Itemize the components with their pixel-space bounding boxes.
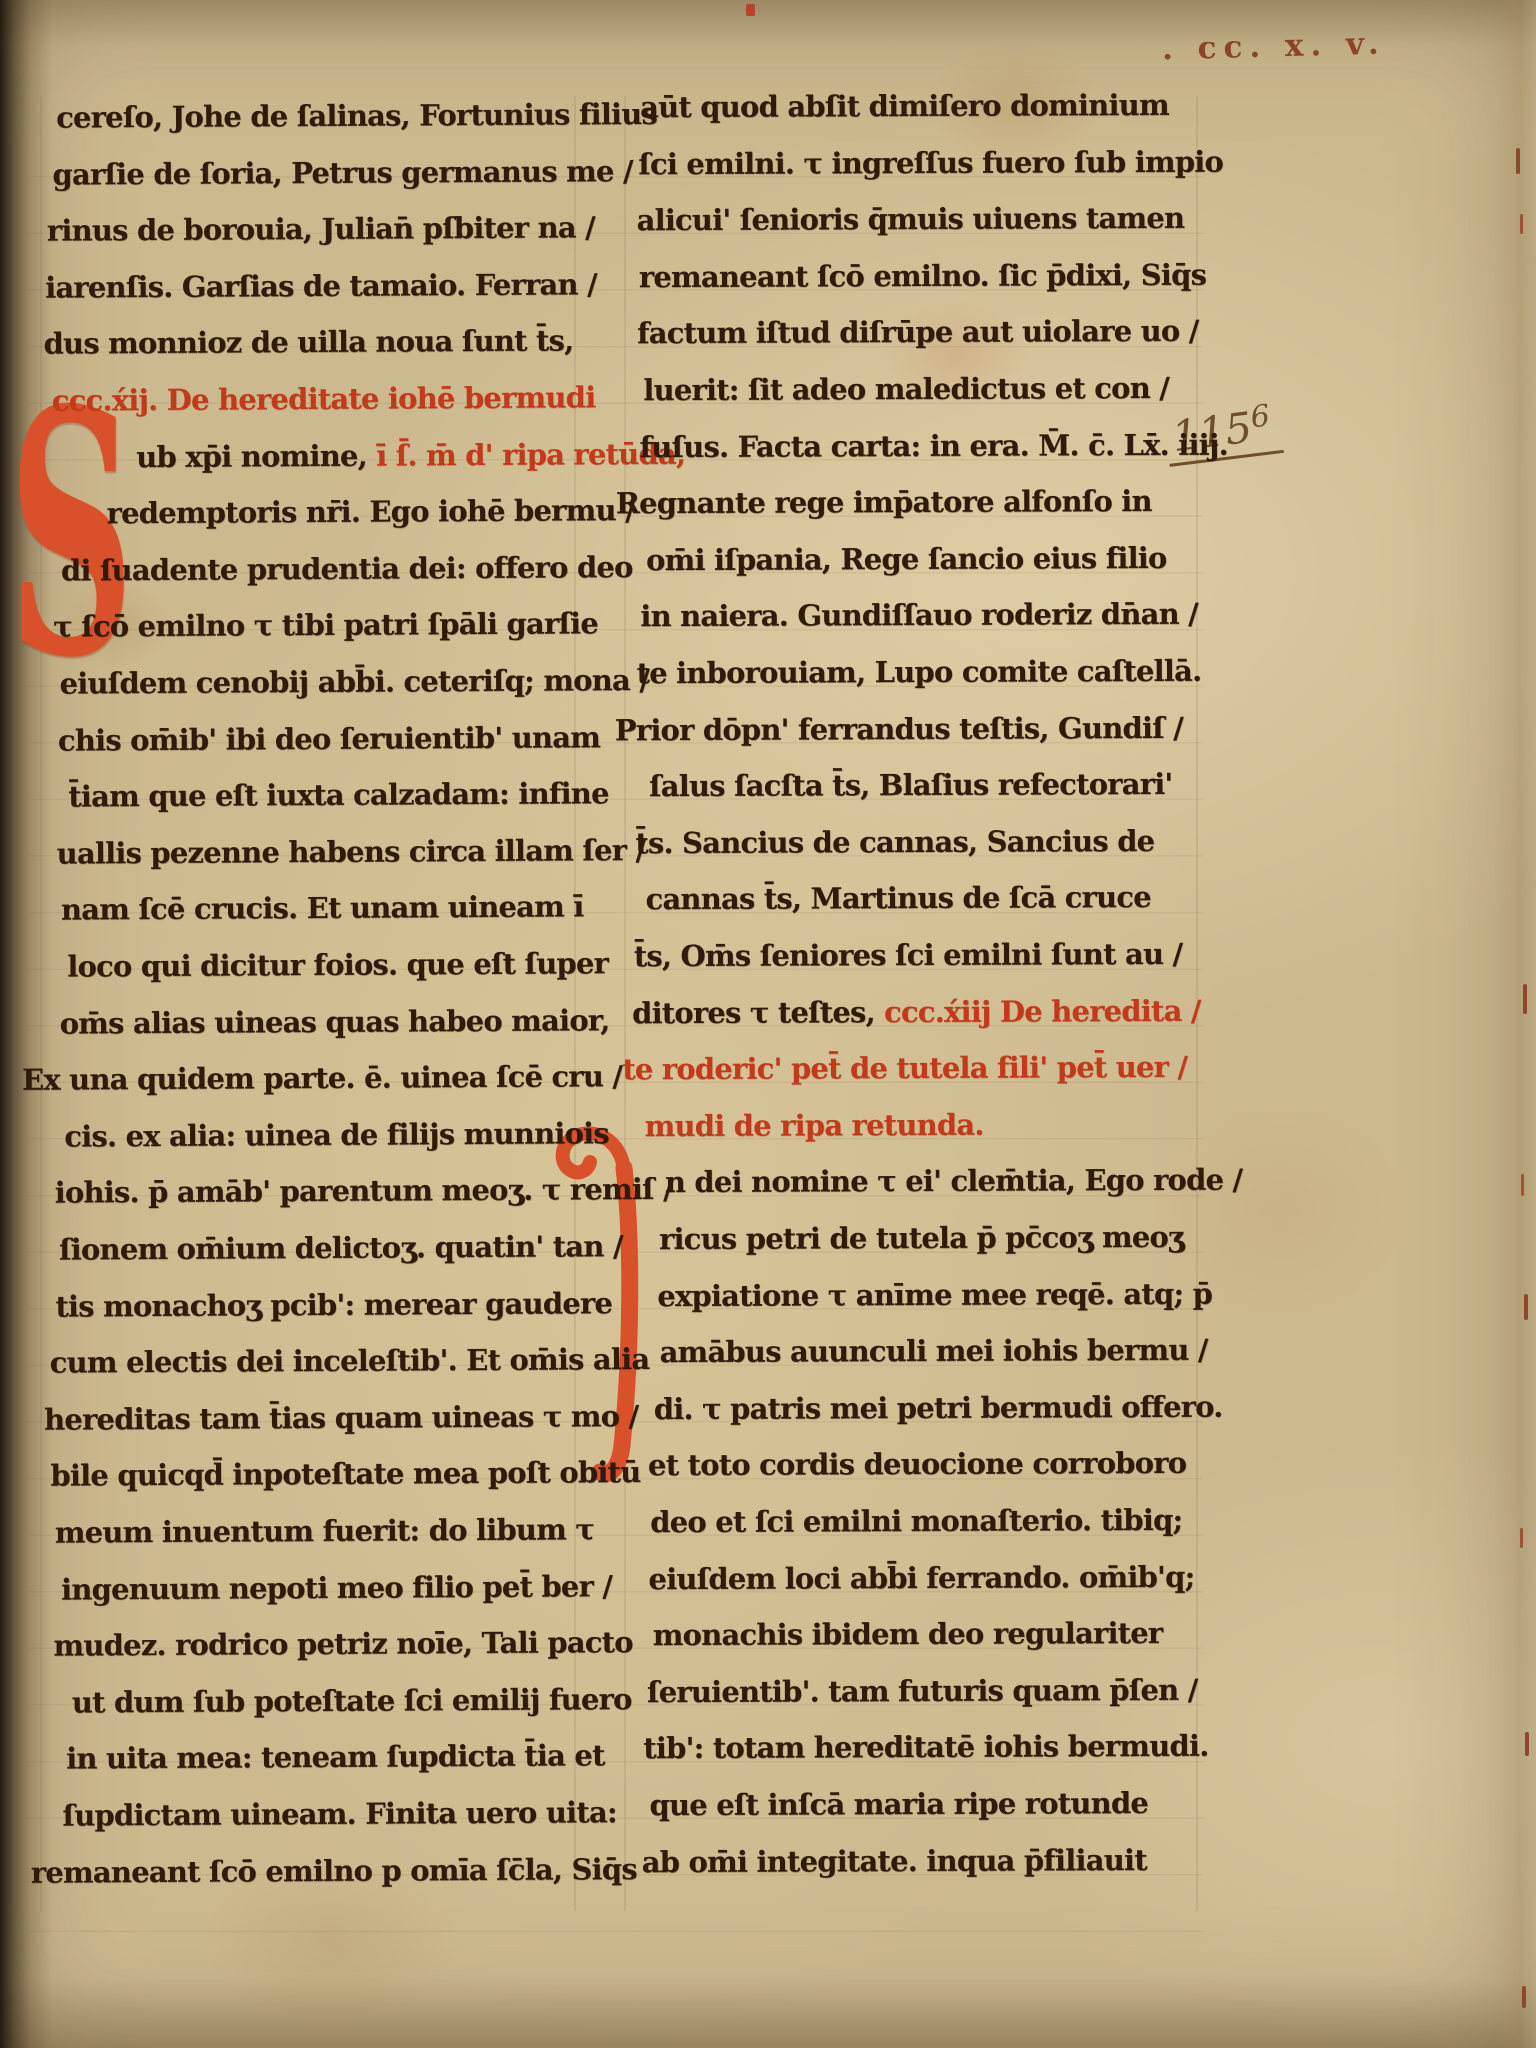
page-edge-speck [1520,1528,1523,1548]
text-segment: tib': totam hereditatē iohis bermudi. [643,1729,1208,1765]
text-line: redemptoris nr̄i. Ego iohē bermu / [106,490,635,533]
text-segment: remaneant ſcō emilno. ſic p̄dixi, Siq̄s [639,258,1206,294]
text-line: garſie de ſoria, Petrus germanus me / [52,151,632,195]
text-line: τ ſcō emilno τ tibi patri ſpāli garſie [53,604,598,647]
text-segment: ſci emilni. τ ingreſſus fuero ſub impio [638,144,1223,181]
text-line: Ex una quidem parte. ē. uinea ſcē cru / [22,1056,622,1100]
text-segment: om̄i iſpania, Rege ſancio eius filio [646,541,1167,577]
text-column-right: aūt quod abſit dimiſero dominiumſci emil… [628,85,1193,87]
text-segment: loco qui dicitur foios. que eſt ſuper [67,946,608,983]
text-segment: t̄s, Om̄s ſeniores ſci emilni ſunt au / [634,937,1183,973]
text-segment: eiuſdem cenobij abb̄i. ceteriſq; mona / [59,663,649,701]
text-segment: in uita mea: teneam ſupdicta t̄ia et [66,1739,605,1776]
text-segment: redemptoris nr̄i. Ego iohē bermu / [106,493,635,530]
text-line: luerit: ſit adeo maledictus et con / [643,368,1169,410]
text-column-left: cereſo, Johe de ſalinas, Fortunius filiu… [42,94,587,97]
text-line: tib': totam hereditatē iohis bermudi. [643,1726,1208,1768]
text-segment: hereditas tam t̄ias quam uineas τ mo / [44,1399,638,1437]
text-segment: luerit: ſit adeo maledictus et con / [643,371,1169,407]
text-segment: cereſo, Johe de ſalinas, Fortunius filiu… [56,97,657,135]
text-line: cum electis dei inceleſtib'. Et om̄is al… [50,1339,650,1383]
text-segment: ub xp̄i nomine, [136,438,376,473]
text-segment: iarenſis. Garſias de tamaio. Ferran / [45,267,597,304]
text-line: iarenſis. Garſias de tamaio. Ferran / [45,264,597,307]
text-segment: mudi de ripa retunda. [644,1107,983,1142]
text-segment: di ſuadente prudentia dei: offero deo [61,550,633,587]
text-segment: ut dum ſub poteſtate ſci emilij fuero [72,1682,632,1719]
text-segment: Ex una quidem parte. ē. uinea ſcē cru / [22,1059,622,1097]
manuscript-photo: { "page": { "description": "Medieval Lat… [0,0,1536,2048]
text-line: ſeruientib'. tam futuris quam p̄ſen / [647,1670,1198,1712]
text-line: bile quicqd̄ inpoteſtate mea poſt obitū [50,1452,640,1496]
text-segment: te inborouiam, Lupo comite caſtellā. [636,654,1201,690]
page-edge-speck [1521,1174,1524,1196]
text-segment: in naiera. Gundiſſauo roderiz dn̄an / [640,597,1198,633]
text-segment: ab om̄i integitate. inqua p̄filiauit [642,1843,1147,1879]
text-line: om̄s alias uineas quas habeo maior, [60,1000,610,1043]
text-segment: di. τ patris mei petri bermudi offero. [654,1389,1223,1425]
text-segment: ingenuum nepoti meo filio pet̄ ber / [61,1569,612,1606]
text-line: iohis. p̄ amāb' parentum meoʒ. τ remiſ / [55,1169,673,1213]
text-line: eiuſdem loci abb̄i ferrando. om̄ib'q; [648,1556,1194,1598]
text-segment: Prior dōpn' ferrandus teſtis, Gundiſ / [615,710,1183,746]
text-line: chis om̄ib' ibi deo ſeruientib' unam [58,717,600,760]
text-line: di ſuadente prudentia dei: offero deo [61,547,633,590]
text-segment: factum iſtud diſrūpe aut uiolare uo / [637,314,1199,350]
text-segment: cis. ex alia: uinea de filijs munniois [64,1116,609,1153]
text-segment: iohis. p̄ amāb' parentum meoʒ. τ remiſ / [55,1172,673,1210]
text-line: mudi de ripa retunda. [644,1104,983,1145]
page-edge-speck [1516,148,1520,174]
text-segment: aūt quod abſit dimiſero dominium [640,88,1169,124]
text-line: tis monachoʒ pcib': merear gaudere [55,1283,612,1326]
text-segment: ditores τ teſtes, [632,995,884,1030]
text-segment: cannas t̄s, Martinus de ſcā cruce [645,880,1150,916]
text-line: dus monnioz de uilla noua ſunt t̄s, [43,321,573,364]
text-line: di. τ patris mei petri bermudi offero. [654,1386,1223,1428]
text-line: loco qui dicitur foios. que eſt ſuper [67,943,608,986]
text-line: cis. ex alia: uinea de filijs munniois [64,1113,609,1156]
page-edge-speck [1522,1986,1526,2008]
text-segment: amābus auunculi mei iohis bermu / [659,1333,1207,1369]
text-segment: ſeruientib'. tam futuris quam p̄ſen / [647,1673,1198,1709]
text-line: n dei nomine τ ei' clem̄tia, Ego rode / [665,1160,1243,1203]
text-line: remaneant ſcō emilno p omīa ſc̄la, Siq̄s [31,1849,637,1893]
text-segment: ſionem om̄ium delictoʒ. quatin' tan / [59,1229,623,1266]
text-segment: n dei nomine τ ei' clem̄tia, Ego rode / [665,1163,1243,1200]
text-segment: deo et ſci emilni monaſterio. tibiq; [650,1503,1182,1539]
text-segment: uallis pezenne habens circa illam ſer / [57,833,646,871]
text-line: fuſus. Facta carta: in era. M̄. c̄. Lx̄.… [639,424,1227,467]
text-line: om̄i iſpania, Rege ſancio eius filio [646,538,1167,580]
text-line: te roderic' pet̄ de tutela fili' pet̄ ue… [622,1047,1187,1089]
text-line: eiuſdem cenobij abb̄i. ceteriſq; mona / [59,660,649,704]
text-segment: cum electis dei inceleſtib'. Et om̄is al… [50,1342,650,1380]
text-segment: τ ſcō emilno τ tibi patri ſpāli garſie [53,607,598,644]
page-edge-speck [746,4,755,16]
text-segment: ccc.x́ij. De hereditate iohē bermudi [52,380,596,417]
text-line: ub xp̄i nomine, ī ſ̄. m̄ d' ripa retūda, [136,433,685,476]
text-segment: meum inuentum fuerit: do libum τ [55,1512,594,1549]
text-segment: tis monachoʒ pcib': merear gaudere [55,1286,612,1323]
text-segment: eiuſdem loci abb̄i ferrando. om̄ib'q; [648,1559,1194,1595]
text-segment: ſalus ſacſta t̄s, Blaſius refectorari' [649,767,1173,803]
text-segment: alicui' ſenioris q̄muis uiuens tamen [637,201,1185,237]
text-line: ingenuum nepoti meo filio pet̄ ber / [61,1566,612,1609]
text-line: ſupdictam uineam. Finita uero uita: [62,1792,617,1835]
text-line: meum inuentum fuerit: do libum τ [55,1509,595,1552]
text-line: ſalus ſacſta t̄s, Blaſius refectorari' [649,764,1173,806]
text-line: aūt quod abſit dimiſero dominium [640,85,1169,127]
text-line: factum iſtud diſrūpe aut uiolare uo / [637,311,1199,353]
text-segment: ricus petri de tutela p̄ pc̄coʒ meoʒ [659,1220,1184,1256]
text-line: in naiera. Gundiſſauo roderiz dn̄an / [640,594,1198,636]
text-line: t̄iam que eſt iuxta calzadam: infine [68,773,609,816]
page-edge-speck [1520,214,1523,234]
text-line: remaneant ſcō emilno. ſic p̄dixi, Siq̄s [639,255,1206,297]
text-segment: mudez. rodrico petriz noīe, Tali pacto [53,1625,633,1663]
text-line: ab om̄i integitate. inqua p̄filiauit [642,1840,1147,1882]
text-segment: chis om̄ib' ibi deo ſeruientib' unam [58,720,600,757]
text-line: t̄s, Om̄s ſeniores ſci emilni ſunt au / [634,934,1183,976]
text-line: ſci emilni. τ ingreſſus fuero ſub impio [638,141,1223,184]
text-line: ccc.x́ij. De hereditate iohē bermudi [52,377,596,420]
page-edge-speck [1525,1732,1529,1756]
text-segment: t̄s. Sancius de cannas, Sancius de [635,824,1154,860]
text-line: rinus de borouia, Julian̄ pſbiter na / [47,207,595,250]
text-segment: que eſt inſcā maria ripe rotunde [649,1786,1148,1822]
text-line: que eſt inſcā maria ripe rotunde [649,1783,1148,1825]
text-segment: monachis ibidem deo regulariter [653,1616,1163,1652]
text-line: in uita mea: teneam ſupdicta t̄ia et [66,1736,605,1779]
text-line: cannas t̄s, Martinus de ſcā cruce [645,877,1150,919]
text-segment: nam ſcē crucis. Et unam uineam ī [61,890,584,927]
page-edge-speck [1523,984,1527,1014]
text-segment: om̄s alias uineas quas habeo maior, [60,1003,610,1040]
margin-date-superscript: 6 [1249,398,1272,435]
text-line: mudez. rodrico petriz noīe, Tali pacto [53,1622,633,1666]
text-line: alicui' ſenioris q̄muis uiuens tamen [636,198,1184,240]
text-line: hereditas tam t̄ias quam uineas τ mo / [44,1396,639,1440]
text-line: nam ſcē crucis. Et unam uineam ī [61,887,584,930]
text-line: Regnante rege imp̄atore alfonſo in [616,481,1152,523]
text-line: monachis ibidem deo regulariter [653,1613,1163,1655]
text-line: ditores τ teſtes, ccc.x́iij De heredita … [632,990,1201,1032]
text-segment: te roderic' pet̄ de tutela fili' pet̄ ue… [622,1050,1187,1086]
text-line: t̄s. Sancius de cannas, Sancius de [635,821,1154,863]
text-segment: bile quicqd̄ inpoteſtate mea poſt obitū [50,1455,640,1493]
text-line: Prior dōpn' ferrandus teſtis, Gundiſ / [615,707,1183,749]
text-line: te inborouiam, Lupo comite caſtellā. [636,651,1201,693]
text-segment: remaneant ſcō emilno p omīa ſc̄la, Siq̄s [31,1852,637,1890]
text-line: deo et ſci emilni monaſterio. tibiq; [650,1500,1182,1542]
text-segment: rinus de borouia, Julian̄ pſbiter na / [47,210,595,247]
text-line: ricus petri de tutela p̄ pc̄coʒ meoʒ [659,1217,1184,1259]
folio-number: . cc. x. v. [1162,25,1423,68]
text-line: ſionem om̄ium delictoʒ. quatin' tan / [59,1226,623,1269]
text-segment: Regnante rege imp̄atore alfonſo in [616,484,1152,520]
text-segment: dus monnioz de uilla noua ſunt t̄s, [43,324,573,361]
text-line: ut dum ſub poteſtate ſci emilij fuero [72,1679,632,1722]
text-line: cereſo, Johe de ſalinas, Fortunius filiu… [56,94,657,138]
text-segment: ſupdictam uineam. Finita uero uita: [62,1795,616,1832]
text-segment: et toto cordis deuocione corroboro [648,1446,1186,1482]
text-segment: t̄iam que eſt iuxta calzadam: infine [68,776,609,813]
text-segment: expiatione τ anīme mee reqē. atq; p̄ [657,1276,1212,1312]
text-segment: garſie de ſoria, Petrus germanus me / [52,154,632,192]
text-segment: ccc.x́iij De heredita / [884,993,1201,1028]
text-line: expiatione τ anīme mee reqē. atq; p̄ [657,1273,1212,1315]
text-line: uallis pezenne habens circa illam ſer / [56,830,645,874]
text-line: et toto cordis deuocione corroboro [648,1443,1186,1485]
page-edge-speck [1524,1294,1528,1320]
text-line: amābus auunculi mei iohis bermu / [659,1330,1207,1372]
text-segment: fuſus. Facta carta: in era. M̄. c̄. Lx̄.… [639,427,1227,464]
